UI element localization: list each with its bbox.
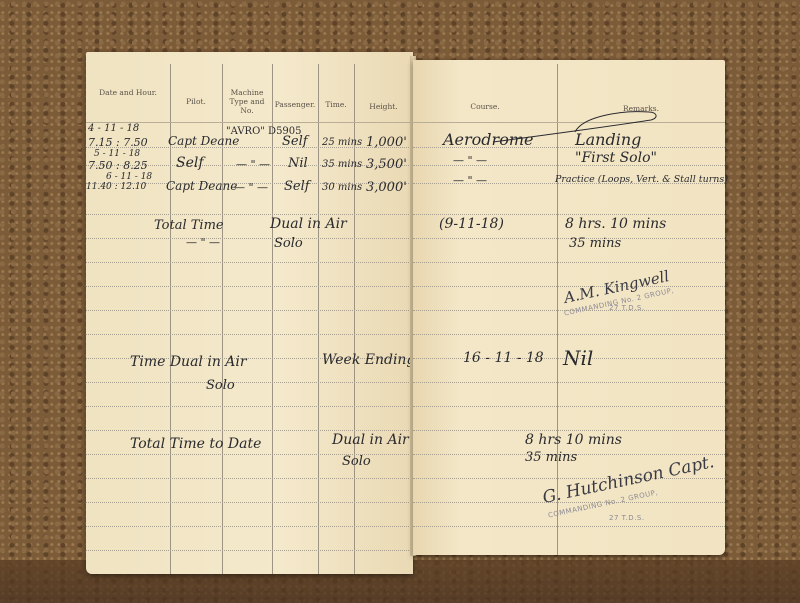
column-divider bbox=[318, 64, 319, 574]
ruled-line bbox=[86, 262, 413, 263]
ruled-line bbox=[86, 478, 413, 479]
right-page: Course. Remarks. Aerodrome — " — — " — L… bbox=[413, 60, 725, 555]
entry-2-time: 35 mins bbox=[322, 159, 362, 170]
entry-2-hour: 7.50 : 8.25 bbox=[88, 159, 148, 172]
entry-2-pilot: Self bbox=[176, 155, 204, 171]
entry-1-passenger: Self bbox=[282, 134, 308, 149]
pen-flourish bbox=[473, 106, 663, 146]
ruled-line bbox=[413, 334, 725, 335]
entry-1-date: 4 - 11 - 18 bbox=[88, 123, 139, 134]
ruled-line bbox=[413, 214, 725, 215]
entry-3-machine: — " — bbox=[234, 181, 268, 194]
week-ending-label: Week Ending bbox=[322, 352, 415, 368]
total-to-date-label: Total Time to Date bbox=[130, 436, 261, 452]
week-ending-date: 16 - 11 - 18 bbox=[463, 350, 544, 366]
column-divider bbox=[272, 64, 273, 574]
entry-2-course: — " — bbox=[453, 154, 487, 167]
entry-3-passenger: Self bbox=[284, 179, 310, 194]
entry-3-date: 6 - 11 - 18 bbox=[106, 172, 152, 182]
left-page: Date and Hour. Pilot. Machine Type and N… bbox=[86, 52, 413, 574]
ruled-line bbox=[86, 406, 413, 407]
ruled-line bbox=[86, 526, 413, 527]
header-machine: Machine Type and No. bbox=[222, 88, 272, 115]
ruled-line bbox=[86, 286, 413, 287]
stamp-2-line-2: 27 T.D.S. bbox=[609, 514, 645, 522]
week-solo-label: Solo bbox=[206, 378, 235, 393]
entry-2-height: 3,500' bbox=[366, 157, 407, 172]
entry-1-hour: 7.15 : 7.50 bbox=[88, 136, 148, 149]
header-pilot: Pilot. bbox=[170, 97, 222, 106]
week-value: Nil bbox=[563, 346, 593, 370]
ruled-line bbox=[413, 406, 725, 407]
ruled-line bbox=[413, 430, 725, 431]
ruled-line bbox=[86, 238, 413, 239]
total-dual-value: 8 hrs. 10 mins bbox=[565, 216, 666, 232]
entry-3-hour: 11.40 : 12.10 bbox=[86, 182, 146, 192]
entry-2-remarks: "First Solo" bbox=[575, 150, 657, 166]
header-passenger: Passenger. bbox=[272, 100, 318, 109]
stamp-1-line-2: 27 T.D.S. bbox=[609, 304, 645, 312]
ruled-line bbox=[86, 550, 413, 551]
ruled-line bbox=[86, 214, 413, 215]
header-time: Time. bbox=[318, 100, 354, 109]
entry-3-pilot: Capt Deane bbox=[166, 179, 237, 193]
entry-2-machine: — " — bbox=[236, 158, 270, 171]
ruled-line bbox=[413, 526, 725, 527]
total-to-date-dual-value: 8 hrs 10 mins bbox=[525, 432, 622, 448]
ruled-line bbox=[413, 382, 725, 383]
total-solo-value: 35 mins bbox=[569, 236, 621, 251]
entry-3-time: 30 mins bbox=[322, 182, 362, 193]
total-time-label: Total Time bbox=[154, 218, 224, 233]
total-ditto: — " — bbox=[186, 236, 220, 249]
ruled-line bbox=[86, 310, 413, 311]
total-to-date-dual: Dual in Air bbox=[332, 432, 409, 448]
total-to-date-solo: Solo bbox=[342, 454, 371, 469]
ruled-line bbox=[86, 430, 413, 431]
header-date-hour: Date and Hour. bbox=[86, 88, 170, 97]
ruled-line bbox=[86, 334, 413, 335]
header-height: Height. bbox=[354, 102, 413, 111]
total-dual-label: Dual in Air bbox=[270, 216, 347, 232]
entry-1-time: 25 mins bbox=[322, 137, 362, 148]
total-to-date-solo-value: 35 mins bbox=[525, 450, 577, 465]
total-solo-label: Solo bbox=[274, 236, 303, 251]
week-time-dual-label: Time Dual in Air bbox=[130, 354, 247, 370]
entry-3-remarks: Practice (Loops, Vert. & Stall turns) bbox=[555, 174, 728, 185]
entry-3-course: — " — bbox=[453, 174, 487, 187]
entry-3-height: 3,000' bbox=[366, 180, 407, 195]
entry-1-height: 1,000' bbox=[366, 135, 407, 150]
total-date: (9-11-18) bbox=[439, 216, 504, 232]
entry-2-passenger: Nil bbox=[288, 156, 308, 171]
ruled-line bbox=[86, 502, 413, 503]
entry-2-date: 5 - 11 - 18 bbox=[94, 149, 140, 159]
ruled-line bbox=[413, 262, 725, 263]
ruled-line bbox=[86, 382, 413, 383]
